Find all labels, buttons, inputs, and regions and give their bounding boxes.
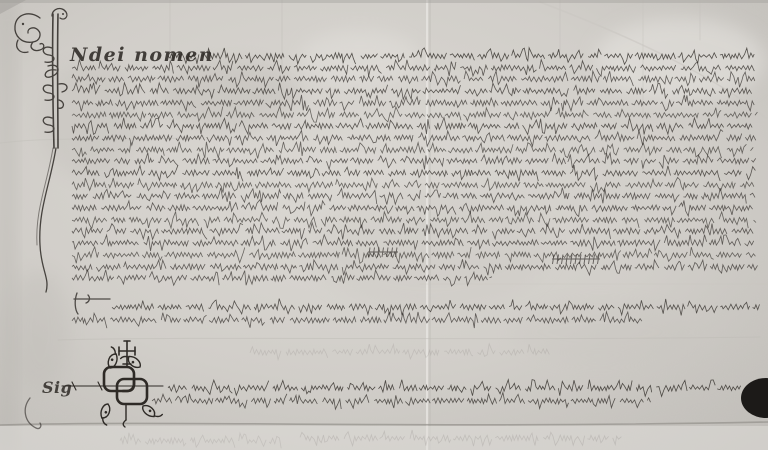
parchment-canvas: Ndei nomen xyxy=(0,0,768,450)
incipit-text: Ndei nomen xyxy=(69,44,214,66)
manuscript-photo: Ndei nomen xyxy=(0,0,768,450)
initial-eye-dot xyxy=(22,23,24,25)
signum-text: Sig xyxy=(42,378,72,397)
